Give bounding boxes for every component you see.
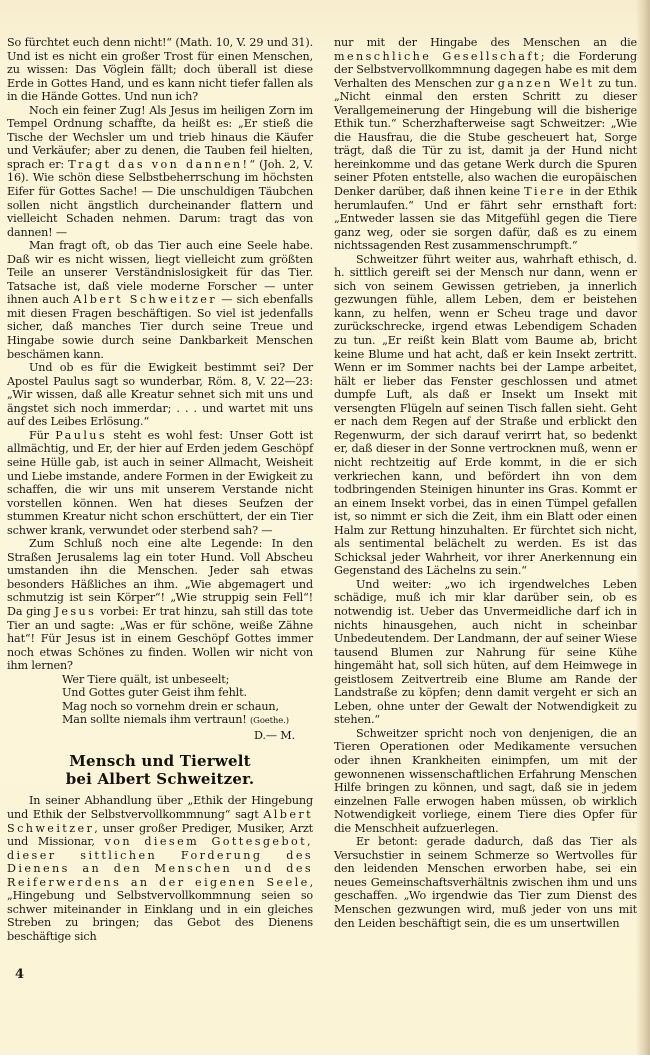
poem-line: Man sollte niemals ihm vertraun! (Goethe… (62, 713, 313, 729)
emphasized-text: Tiere (524, 185, 566, 198)
body-text: So fürchtet euch denn nicht!“ (Math. 10,… (7, 36, 313, 103)
body-text: Er betont: gerade dadurch, daß das Tier … (334, 835, 637, 929)
emphasized-text: Paulus (55, 429, 107, 442)
body-text: steht es wohl fest: Unser Gott ist allmä… (7, 429, 313, 537)
body-text: Und ob es für die Ewigkeit bestimmt sei?… (7, 361, 313, 428)
emphasized-text: ganzen Welt (498, 77, 595, 90)
text-paragraph: So fürchtet euch denn nicht!“ (Math. 10,… (7, 36, 313, 104)
goethe-poem: Wer Tiere quält, ist unbeseelt; Und Gott… (62, 673, 313, 729)
body-text: Schweitzer führt weiter aus, wahrhaft et… (334, 253, 637, 578)
article-heading-line2: bei Albert Schweitzer. (7, 770, 313, 788)
scanned-page: So fürchtet euch denn nicht!“ (Math. 10,… (0, 0, 650, 1055)
article-heading: Mensch und Tierwelt bei Albert Schweitze… (7, 752, 313, 788)
text-paragraph: Man fragt oft, ob das Tier auch eine See… (7, 239, 313, 361)
poem-source: (Goethe.) (250, 716, 289, 726)
body-text: Für (29, 429, 55, 442)
text-paragraph: In seiner Abhandlung über „Ethik der Hin… (7, 794, 313, 943)
text-paragraph: Schweitzer spricht noch von denjenigen, … (334, 727, 637, 835)
article-heading-line1: Mensch und Tierwelt (7, 752, 313, 770)
emphasized-text: Tragt das von dannen! (68, 158, 249, 171)
right-column: nur mit der Hingabe des Menschen an die … (334, 36, 637, 930)
text-paragraph: Schweitzer führt weiter aus, wahrhaft et… (334, 253, 637, 578)
text-paragraph: Noch ein feiner Zug! Als Jesus im heilig… (7, 104, 313, 239)
text-paragraph: Und ob es für die Ewigkeit bestimmt sei?… (7, 361, 313, 429)
body-text: nur mit der Hingabe des Menschen an die (334, 36, 637, 49)
emphasized-text: Albert Schweitzer (73, 293, 217, 306)
page-number: 4 (15, 967, 24, 982)
poem-line: Und Gottes guter Geist ihm fehlt. (62, 686, 313, 700)
poem-line: Mag noch so vornehm drein er schaun, (62, 700, 313, 714)
poem-line: Wer Tiere quält, ist unbeseelt; (62, 673, 313, 687)
left-intro-paragraphs: So fürchtet euch denn nicht!“ (Math. 10,… (7, 36, 313, 673)
text-paragraph: nur mit der Hingabe des Menschen an die … (334, 36, 637, 253)
text-paragraph: Und weiter: „wo ich irgendwelches Leben … (334, 578, 637, 727)
article-body-right: nur mit der Hingabe des Menschen an die … (334, 36, 637, 930)
text-paragraph: Für Paulus steht es wohl fest: Unser Got… (7, 429, 313, 537)
text-paragraph: Er betont: gerade dadurch, daß das Tier … (334, 835, 637, 930)
article-body-left: In seiner Abhandlung über „Ethik der Hin… (7, 794, 313, 943)
body-text: Und weiter: „wo ich irgendwelches Leben … (334, 578, 637, 726)
author-signature: D.— M. (7, 729, 313, 743)
body-text: zu tun. „Nicht einmal den ersten Schritt… (334, 77, 637, 198)
body-text: Schweitzer spricht noch von denjenigen, … (334, 727, 637, 835)
emphasized-text: menschliche Gesellschaft (334, 50, 541, 63)
left-column: So fürchtet euch denn nicht!“ (Math. 10,… (7, 36, 313, 943)
text-paragraph: Zum Schluß noch eine alte Legende: In de… (7, 537, 313, 672)
emphasized-text: Jesus (55, 605, 97, 618)
